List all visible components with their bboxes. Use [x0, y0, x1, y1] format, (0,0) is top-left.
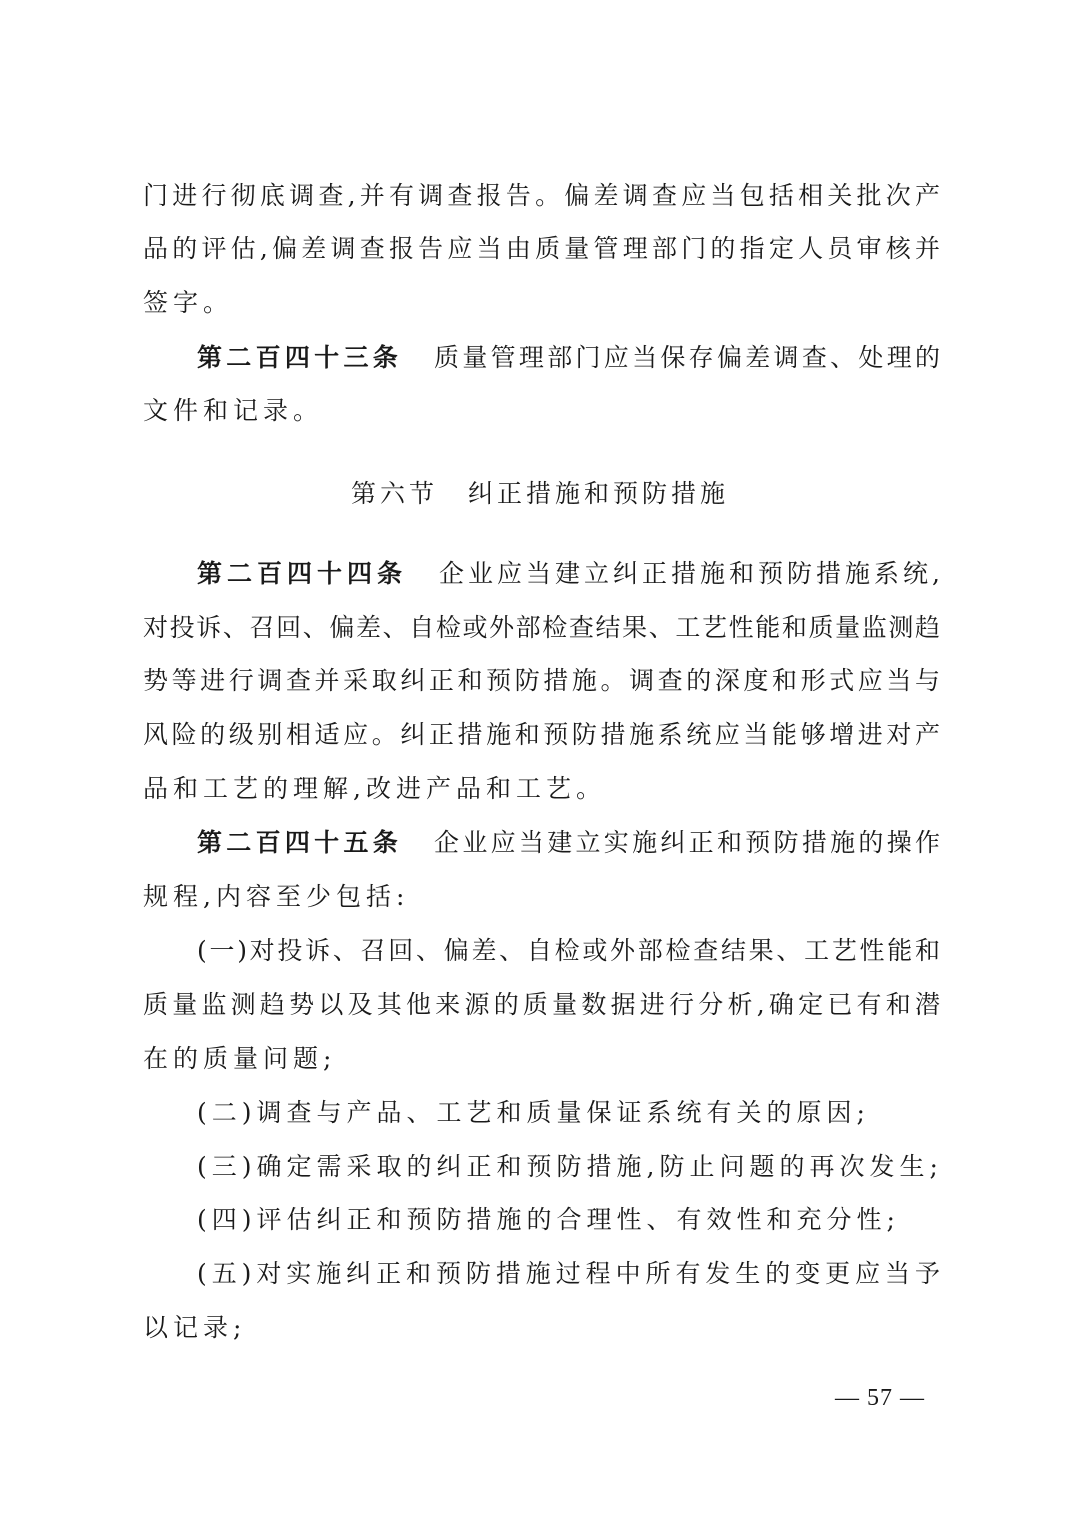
article-heading: 第二百四十五条: [197, 828, 402, 857]
article-244-first-line: 第二百四十四条企业应当建立纠正措施和预防措施系统,: [197, 554, 940, 594]
list-item-1-line: 质量监测趋势以及其他来源的质量数据进行分析,确定已有和潜: [143, 985, 940, 1025]
article-heading: 第二百四十三条: [197, 343, 402, 372]
list-item-1-line: 在的质量问题;: [143, 1039, 940, 1079]
list-item-2: (二)调查与产品、工艺和质量保证系统有关的原因;: [197, 1093, 940, 1133]
list-item-5-line: 以记录;: [143, 1308, 940, 1348]
article-243-first-line: 第二百四十三条质量管理部门应当保存偏差调查、处理的: [197, 338, 940, 378]
list-item-4: (四)评估纠正和预防措施的合理性、有效性和充分性;: [197, 1200, 940, 1240]
article-heading: 第二百四十四条: [197, 559, 407, 588]
article-244-line: 势等进行调查并采取纠正和预防措施。调查的深度和形式应当与: [143, 661, 940, 701]
article-245-line: 规程,内容至少包括:: [143, 877, 940, 917]
paragraph-line: 品的评估,偏差调查报告应当由质量管理部门的指定人员审核并: [143, 229, 940, 269]
paragraph-line: 门进行彻底调查,并有调查报告。偏差调查应当包括相关批次产: [143, 176, 940, 216]
paragraph-line: 签字。: [143, 283, 940, 323]
section-number: 第六节: [351, 479, 438, 508]
section-name: 纠正措施和预防措施: [468, 479, 729, 508]
page-number: — 57 —: [820, 1378, 940, 1418]
article-text: 企业应当建立实施纠正和预防措施的操作: [434, 828, 940, 857]
article-text: 质量管理部门应当保存偏差调查、处理的: [434, 343, 940, 372]
list-item-1: (一)对投诉、召回、偏差、自检或外部检查结果、工艺性能和: [197, 931, 940, 971]
section-title: 第六节纠正措施和预防措施: [0, 474, 1080, 514]
document-page: 门进行彻底调查,并有调查报告。偏差调查应当包括相关批次产 品的评估,偏差调查报告…: [0, 0, 1080, 1527]
article-243-line: 文件和记录。: [143, 391, 940, 431]
list-item-5: (五)对实施纠正和预防措施过程中所有发生的变更应当予: [197, 1254, 940, 1294]
article-245-first-line: 第二百四十五条企业应当建立实施纠正和预防措施的操作: [197, 823, 940, 863]
article-244-line: 品和工艺的理解,改进产品和工艺。: [143, 769, 940, 809]
article-244-line: 对投诉、召回、偏差、自检或外部检查结果、工艺性能和质量监测趋: [143, 608, 940, 648]
article-244-line: 风险的级别相适应。纠正措施和预防措施系统应当能够增进对产: [143, 715, 940, 755]
list-item-3: (三)确定需采取的纠正和预防措施,防止问题的再次发生;: [197, 1147, 940, 1187]
article-text: 企业应当建立纠正措施和预防措施系统,: [439, 559, 940, 588]
